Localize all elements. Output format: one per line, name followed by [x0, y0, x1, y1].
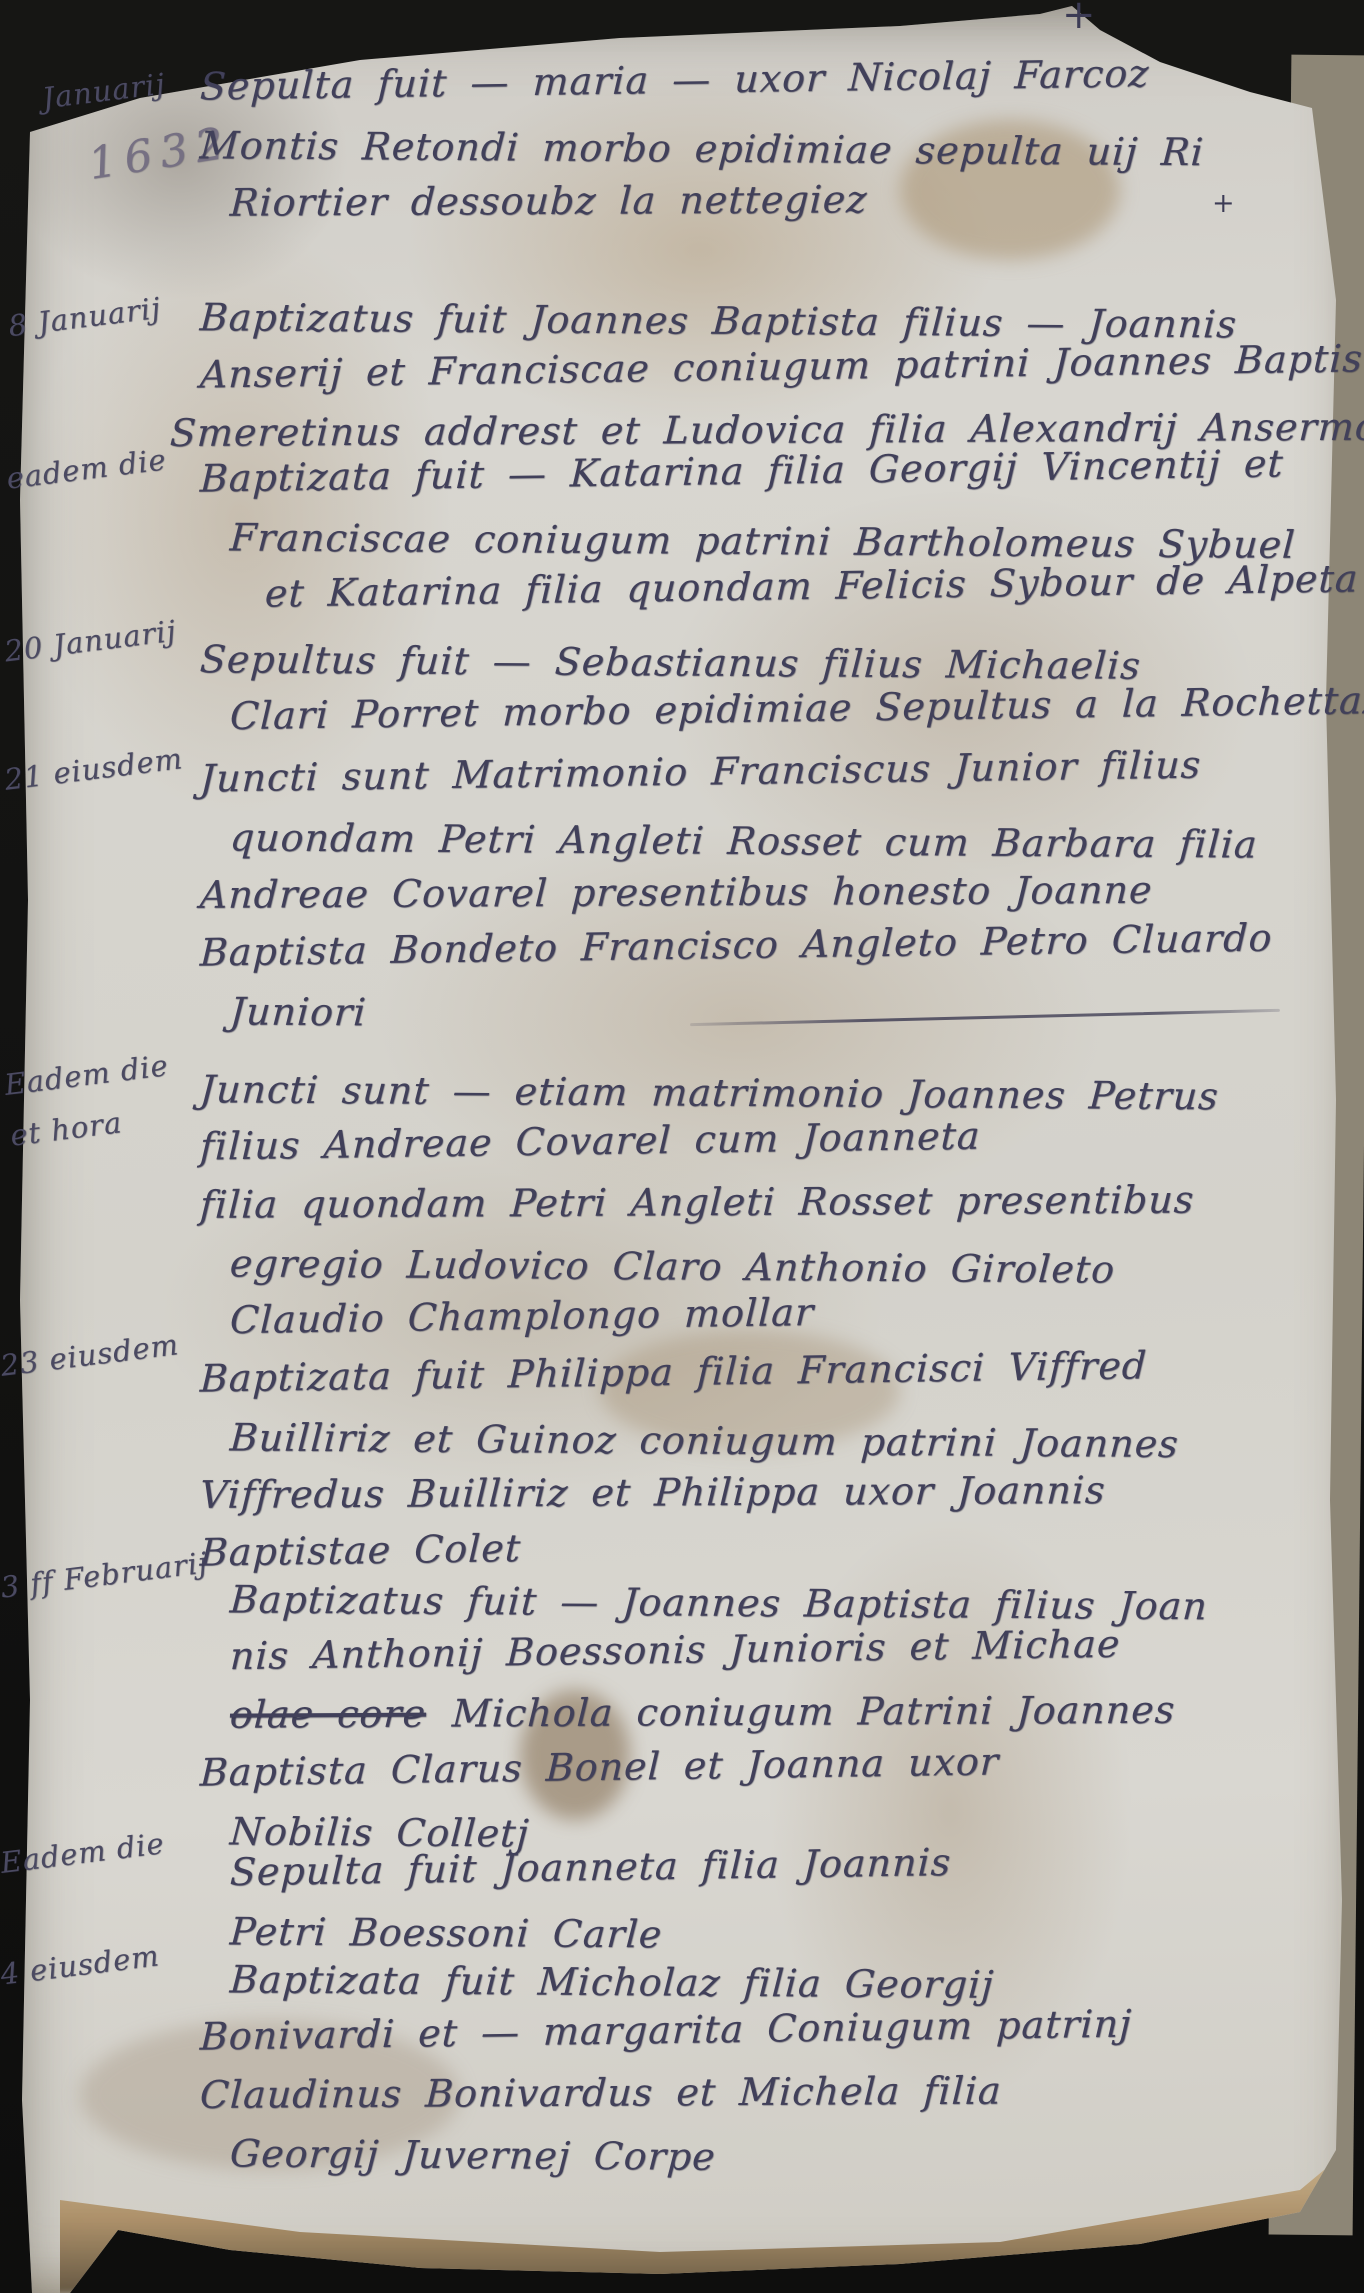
record-line-rest: Michola coniugum Patrini Joannes — [451, 1688, 1176, 1736]
record-line: Georgij Juvernej Corpe — [168, 2124, 1134, 2189]
record-line: Claudinus Bonivardus et Michela filia — [169, 2061, 1134, 2124]
record-line: Bonivardi et — margarita Coniugum patrin… — [169, 1995, 1133, 2066]
register-entry: Juncti sunt — etiam matrimonio Joannes P… — [170, 1060, 1219, 1350]
cross-mark: + — [1062, 0, 1096, 38]
register-entry: Baptizata fuit — Katarina filia Georgij … — [170, 450, 1359, 624]
record-line: Sepulta fuit Joanneta filia Joannis — [169, 1833, 953, 1902]
record-line: filia quondam Petri Angleti Rosset prese… — [169, 1171, 1221, 1235]
record-line: Riortier dessoubz la nettegiez — [169, 169, 1206, 232]
record-line: Sepulta fuit — maria — uxor Nicolaj Farc… — [169, 44, 1205, 116]
cross-mark: + — [1212, 188, 1235, 219]
register-entry: Baptizata fuit Philippa filia Francisci … — [170, 1350, 1179, 1582]
register-entry: Sepultus fuit — Sebastianus filius Micha… — [170, 630, 1364, 746]
register-entry: Juncti sunt Matrimonio Franciscus Junior… — [170, 750, 1273, 1040]
struck-text: olae core — [229, 1692, 427, 1737]
manuscript-photo: + + Januarij 1632 8 Januarij eadem die 2… — [0, 0, 1364, 2293]
register-entry: Sepulta fuit Joanneta filia Joannis Petr… — [170, 1844, 951, 1960]
register-entry: Sepulta fuit — maria — uxor Nicolaj Farc… — [170, 58, 1204, 232]
register-entry: Baptizatus fuit — Joannes Baptista filiu… — [170, 1570, 1208, 1860]
register-entry: Baptizata fuit Micholaz filia Georgij Bo… — [170, 1950, 1132, 2182]
